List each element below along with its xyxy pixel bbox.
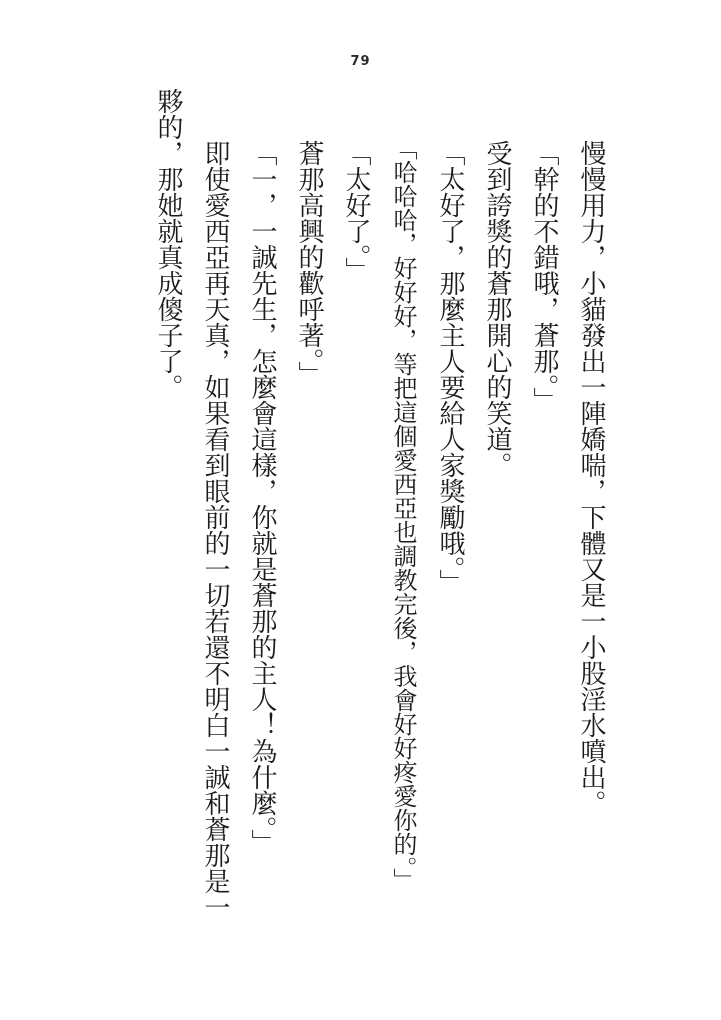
paragraph-6: 「太好了。」 bbox=[332, 88, 379, 936]
paragraph-3: 受到誇獎的蒼那開心的笑道。 bbox=[473, 88, 520, 936]
paragraph-8: 「一，一誠先生，怎麼會這樣，你就是蒼那的主人！為什麼。」 bbox=[238, 88, 285, 936]
paragraph-7: 蒼那高興的歡呼著。」 bbox=[285, 88, 332, 936]
paragraph-5: 「哈哈哈，好好好，等把這個愛西亞也調教完後，我會好好疼愛你的。」 bbox=[379, 88, 426, 936]
book-page: 79 慢慢用力，小貓發出一陣嬌喘，下體又是一小股淫水噴出。 「幹的不錯哦，蒼那。… bbox=[0, 0, 721, 1020]
page-number: 79 bbox=[0, 54, 721, 69]
paragraph-1: 慢慢用力，小貓發出一陣嬌喘，下體又是一小股淫水噴出。 bbox=[567, 88, 614, 936]
paragraph-2: 「幹的不錯哦，蒼那。」 bbox=[520, 88, 567, 936]
paragraph-4: 「太好了，那麼主人要給人家獎勵哦。」 bbox=[426, 88, 473, 936]
vertical-text-block: 慢慢用力，小貓發出一陣嬌喘，下體又是一小股淫水噴出。 「幹的不錯哦，蒼那。」 受… bbox=[134, 88, 614, 936]
paragraph-9: 即使愛西亞再天真，如果看到眼前的一切若還不明白一誠和蒼那是一夥的，那她就真成傻子… bbox=[144, 88, 238, 936]
